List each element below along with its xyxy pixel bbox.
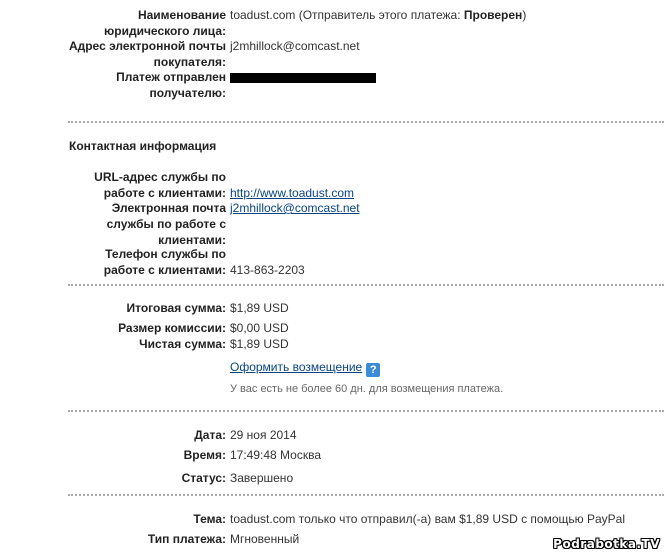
legal-name-label: Наименованиеюридического лица:: [104, 7, 226, 39]
help-icon[interactable]: ?: [366, 363, 380, 377]
legal-name-value: toadust.com (Отправитель этого платежа: …: [230, 7, 526, 23]
net-value: $1,89 USD: [230, 336, 289, 352]
date-label: Дата:: [194, 427, 226, 443]
divider: [68, 494, 664, 496]
divider: [68, 284, 664, 286]
watermark: Podrabotka.TV: [553, 537, 660, 551]
support-phone-value: 413-863-2203: [230, 262, 305, 278]
total-value: $1,89 USD: [230, 300, 289, 316]
time-label: Время:: [184, 447, 226, 463]
redacted-block: [230, 73, 376, 83]
support-email-label: Электронная почтаслужбы по работе склиен…: [107, 200, 226, 248]
payment-type-label: Тип платежа:: [148, 531, 226, 547]
subject-label: Тема:: [193, 511, 226, 527]
sent-to-label: Платеж отправленполучателю:: [116, 69, 226, 101]
time-value: 17:49:48 Москва: [230, 447, 321, 463]
payment-type-value: Мгновенный: [230, 531, 299, 547]
fee-value: $0,00 USD: [230, 320, 289, 336]
buyer-email-label: Адрес электронной почтыпокупателя:: [69, 38, 226, 70]
buyer-email-value: j2mhillock@comcast.net: [230, 38, 360, 54]
net-label: Чистая сумма:: [139, 336, 226, 352]
support-phone-label: Телефон службы поработе с клиентами:: [104, 246, 226, 278]
date-value: 29 ноя 2014: [230, 427, 297, 443]
fee-label: Размер комиссии:: [118, 320, 226, 336]
divider: [68, 410, 664, 412]
support-url-label: URL-адрес службы поработе с клиентами:: [94, 169, 226, 201]
divider: [68, 121, 664, 123]
refund-link[interactable]: Оформить возмещение: [230, 360, 362, 374]
support-email-link[interactable]: j2mhillock@comcast.net: [230, 200, 360, 216]
status-value: Завершено: [230, 470, 293, 486]
sent-to-value: [230, 69, 376, 85]
total-label: Итоговая сумма:: [126, 300, 226, 316]
status-label: Статус:: [182, 470, 226, 486]
contact-section-title: Контактная информация: [69, 138, 216, 154]
subject-value: toadust.com только что отправил(-а) вам …: [230, 511, 625, 527]
support-url-link[interactable]: http://www.toadust.com: [230, 185, 354, 201]
verified-status: Проверен: [464, 8, 522, 22]
refund-note: У вас есть не более 60 дн. для возмещени…: [230, 381, 503, 397]
